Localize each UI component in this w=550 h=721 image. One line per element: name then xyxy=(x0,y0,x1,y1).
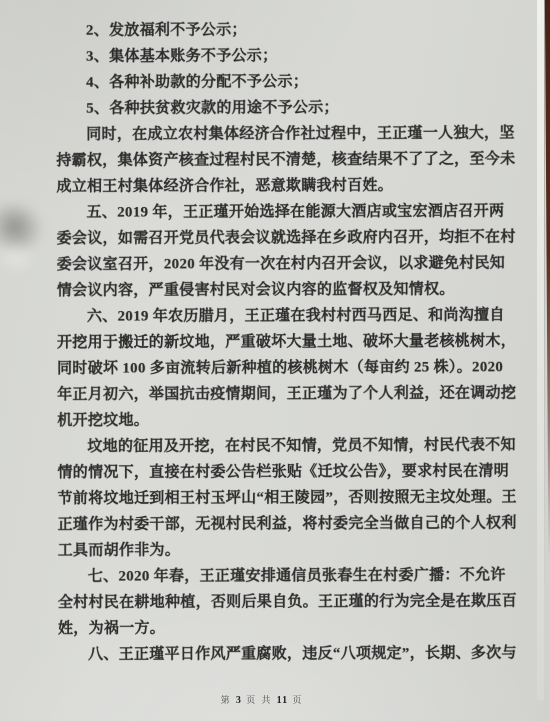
footer-total-pages: 11 xyxy=(277,695,288,706)
document-line: 年正月初六，举国抗击疫情期间，王正瑾为了个人利益，还在调动挖 xyxy=(57,380,523,408)
page-footer: 第 3 页 共 11 页 xyxy=(0,693,537,706)
document-line: 工具而胡作非为。 xyxy=(58,536,524,564)
paper-edge-line xyxy=(544,0,545,600)
document-line: 正瑾作为村委干部，无视村民利益，将村委完全当做自己的个人权利 xyxy=(58,510,524,538)
document-line: 委会议室召开，2020 年没有一次在村内召开会议，以求避免村民知 xyxy=(57,250,523,278)
document-line: 同时破坏 100 多亩流转后新种植的核桃树木（每亩约 25 株）。2020 xyxy=(57,354,523,382)
document-line: 成立相王村集体经济合作社，恶意欺瞒我村百姓。 xyxy=(56,172,522,200)
document-photo: 2、发放福利不予公示； 3、集体基本账务不予公示； 4、各种补助款的分配不予公示… xyxy=(0,0,550,721)
document-line: 委会议，如需召开党员代表会议就选择在乡政府内召开，均拒不在村 xyxy=(57,224,523,252)
document-line: 七、2020 年春，王正瑾安排通信员张春生在村委广播：不允许 xyxy=(58,562,524,590)
paper-crease-highlight xyxy=(0,238,46,278)
document-line: 3、集体基本账务不予公示； xyxy=(56,42,522,70)
document-line: 5、各种扶贫救灾款的用途不予公示； xyxy=(56,94,522,122)
document-line: 八、王正瑾平日作风严重腐败，违反“八项规定”，长期、多次与 xyxy=(58,640,524,668)
footer-prefix: 第 xyxy=(221,695,232,705)
document-line: 4、各种补助款的分配不予公示； xyxy=(56,68,522,96)
document-line: 同时，在成立农村集体经济合作社过程中，王正瑾一人独大，坚 xyxy=(56,120,522,148)
footer-label-page: 页 xyxy=(246,695,257,705)
document-line: 五、2019 年，王正瑾开始选择在能源大酒店或宝宏酒店召开两 xyxy=(57,198,523,226)
footer-page-number: 3 xyxy=(236,695,242,706)
document-line: 持霸权，集体资产核查过程村民不清楚，核查结果不了了之，至今未 xyxy=(56,146,522,174)
document-body: 2、发放福利不予公示； 3、集体基本账务不予公示； 4、各种补助款的分配不予公示… xyxy=(56,16,524,668)
document-line: 开挖用于搬迁的新坟地，严重破坏大量土地、破坏大量老核桃树木， xyxy=(57,328,523,356)
document-line: 节前将坟地迁到相王村玉坪山“相王陵园”，否则按照无主坟处理。王 xyxy=(58,484,524,512)
footer-label-total: 共 xyxy=(261,695,272,705)
paper-edge-highlight xyxy=(537,0,544,700)
document-line: 2、发放福利不予公示； xyxy=(56,16,522,44)
document-line: 全村村民在耕地种植，否则后果自负。王正瑾的行为完全是在欺压百 xyxy=(58,588,524,616)
document-line: 机开挖坟地。 xyxy=(57,406,523,434)
document-line: 六、2019 年农历腊月，王正瑾在我村村西马西足、和尚沟擅自 xyxy=(57,302,523,330)
footer-suffix: 页 xyxy=(292,695,303,705)
document-line: 情的情况下，直接在村委公告栏张贴《迁坟公告》，要求村民在清明 xyxy=(57,458,523,486)
document-line: 情会议内容，严重侵害村民对会议内容的监督权及知情权。 xyxy=(57,276,523,304)
document-line: 姓，为祸一方。 xyxy=(58,614,524,642)
document-line: 坟地的征用及开挖，在村民不知情，党员不知情，村民代表不知 xyxy=(57,432,523,460)
